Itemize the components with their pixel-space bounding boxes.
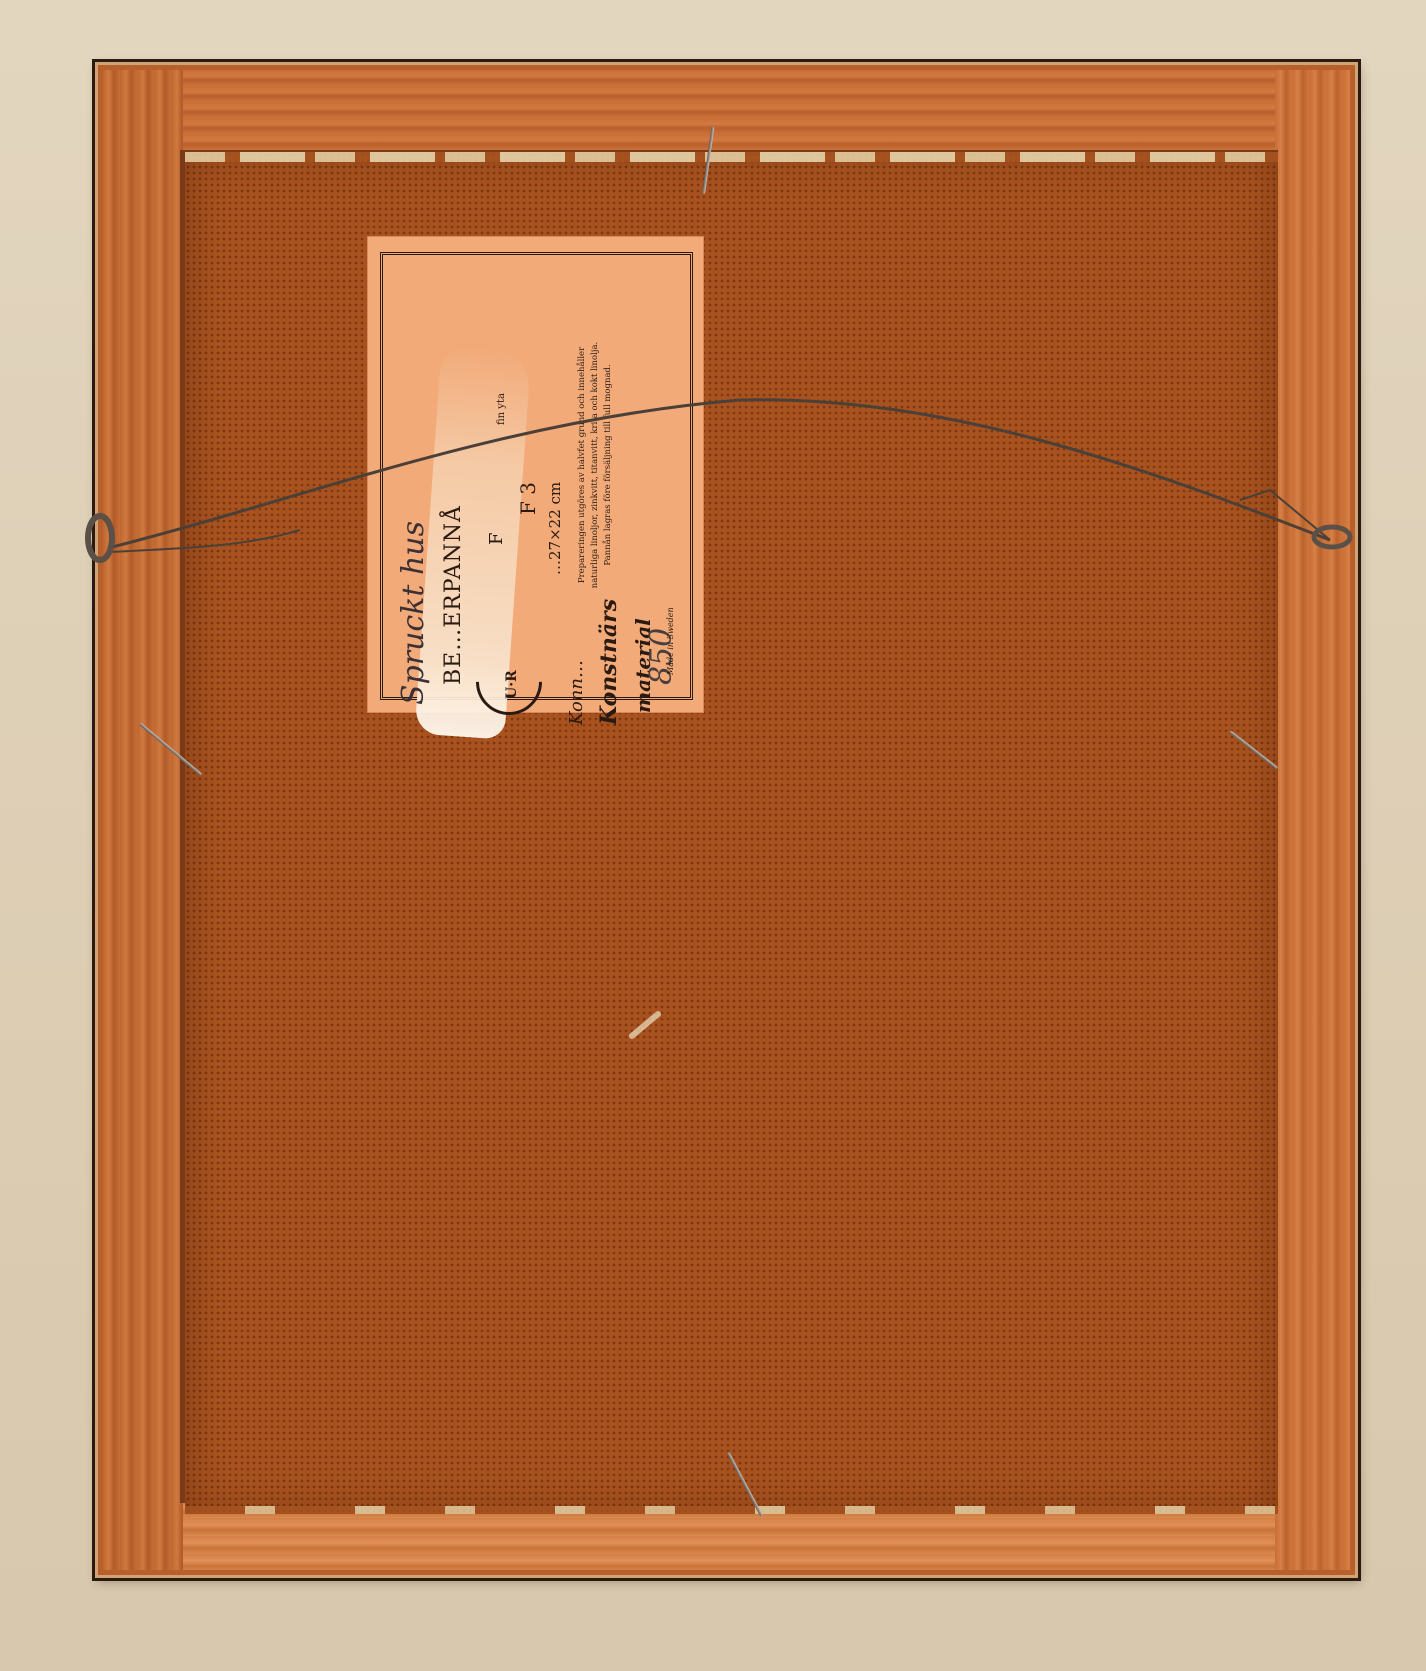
- artist-material-label: Spruckt hus BE…ERPANNÅ F fin yta F 3 …27…: [368, 237, 703, 712]
- label-brand-line2: Konstnärs: [596, 598, 622, 724]
- label-size: …27×22 cm: [546, 481, 564, 574]
- label-description: Prepareringen utgöres av halvfet grund o…: [576, 335, 615, 595]
- label-fin-yta: fin yta: [496, 393, 507, 425]
- board-edge-chipped-top: [185, 152, 1278, 162]
- label-title: BE…ERPANNÅ: [441, 505, 466, 685]
- frame-rail-top: [125, 70, 1328, 150]
- label-logo: U·R: [504, 670, 520, 699]
- handwritten-title: Spruckt hus: [396, 520, 431, 704]
- board-edge-chipped-bottom: [185, 1506, 1278, 1514]
- label-rotated-content: Spruckt hus BE…ERPANNÅ F fin yta F 3 …27…: [386, 255, 686, 695]
- label-format: F 3: [516, 482, 540, 515]
- hardboard-panel: Spruckt hus BE…ERPANNÅ F fin yta F 3 …27…: [185, 152, 1278, 1514]
- picture-frame: Spruckt hus BE…ERPANNÅ F fin yta F 3 …27…: [95, 62, 1358, 1578]
- label-f: F: [486, 532, 507, 545]
- frame-rail-left: [103, 70, 183, 1570]
- frame-rail-right: [1275, 70, 1350, 1570]
- paint-scuff: [628, 1010, 662, 1040]
- label-brand-line1: Konn…: [566, 660, 587, 725]
- label-made-in: Made in Sweden: [666, 607, 675, 675]
